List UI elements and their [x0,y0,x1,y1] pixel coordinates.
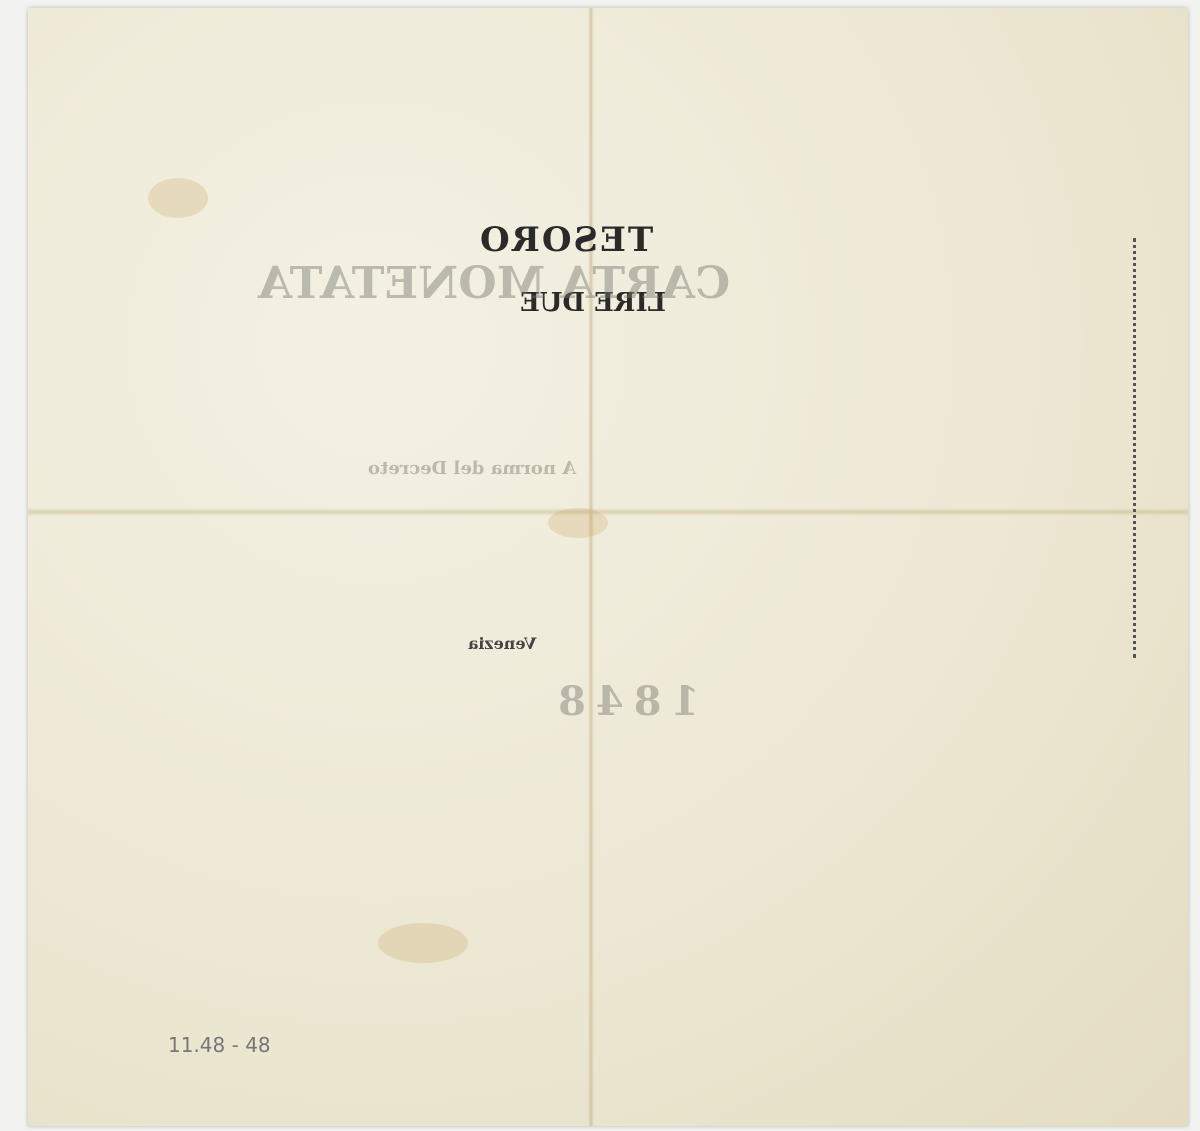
perforation-line [1133,238,1136,658]
stain [548,508,608,538]
faint-year: 1848 [548,678,699,725]
stain [378,923,468,963]
vertical-fold [588,8,594,1126]
paper-document: TESORO LIRE DUE CARTA MONETATA A norma d… [28,8,1188,1126]
horizontal-fold [28,508,1188,516]
stain [148,178,208,218]
small-line: Venezia [468,634,536,653]
mirrored-title: TESORO [478,220,653,260]
handwritten-note: 11.48 - 48 [168,1033,271,1057]
faint-line: A norma del Decreto [368,458,576,479]
faint-title: CARTA MONETATA [258,258,730,309]
